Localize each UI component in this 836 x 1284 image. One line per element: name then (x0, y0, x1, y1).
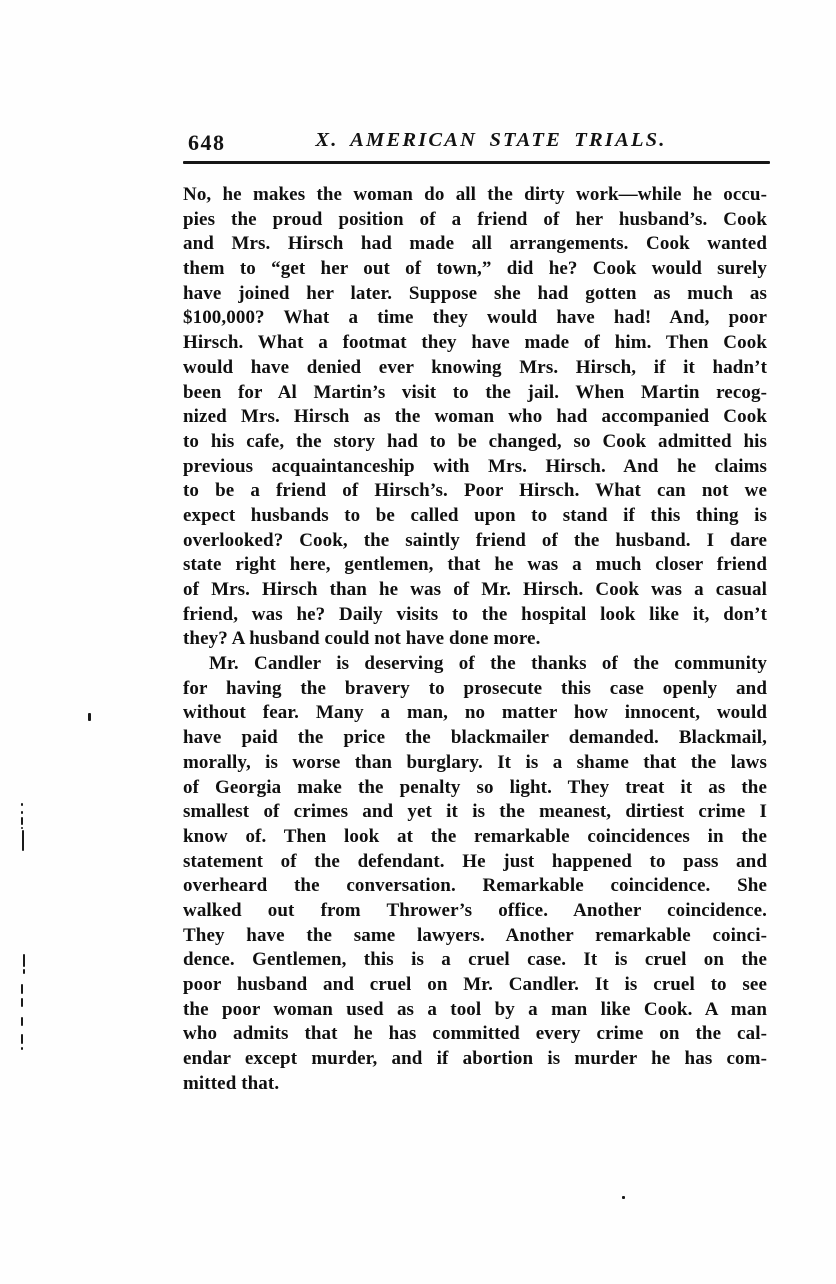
text-line: who admits that he has committed every c… (183, 1022, 767, 1047)
scanned-book-page: 648 X. AMERICAN STATE TRIALS. No, he mak… (0, 0, 836, 1284)
text-line: $100,000? What a time they would have ha… (183, 306, 767, 331)
text-line: they? A husband could not have done more… (183, 627, 767, 652)
text-line: without fear. Many a man, no matter how … (183, 701, 767, 726)
scan-speck (88, 713, 91, 721)
text-line: endar except murder, and if abortion is … (183, 1047, 767, 1072)
body-text: No, he makes the woman do all the dirty … (183, 183, 767, 1096)
running-title: X. AMERICAN STATE TRIALS. (183, 129, 769, 152)
text-line: for having the bravery to prosecute this… (183, 677, 767, 702)
scan-speck (23, 969, 25, 974)
text-line: the poor woman used as a tool by a man l… (183, 998, 767, 1023)
text-line: Hirsch. What a footmat they have made of… (183, 331, 767, 356)
text-line: overheard the conversation. Remarkable c… (183, 874, 767, 899)
scan-speck (622, 1196, 625, 1199)
text-line: mitted that. (183, 1072, 767, 1097)
scan-speck (23, 954, 25, 967)
scan-speck (21, 1017, 23, 1026)
text-line: statement of the defendant. He just happ… (183, 850, 767, 875)
text-line: pies the proud position of a friend of h… (183, 208, 767, 233)
scan-speck (21, 1047, 23, 1050)
text-line: overlooked? Cook, the saintly friend of … (183, 529, 767, 554)
text-line: poor husband and cruel on Mr. Candler. I… (183, 973, 767, 998)
text-line: know of. Then look at the remarkable coi… (183, 825, 767, 850)
text-line: state right here, gentlemen, that he was… (183, 553, 767, 578)
text-line: No, he makes the woman do all the dirty … (183, 183, 767, 208)
text-line: Mr. Candler is deserving of the thanks o… (183, 652, 767, 677)
text-line: They have the same lawyers. Another rema… (183, 924, 767, 949)
text-line: smallest of crimes and yet it is the mea… (183, 800, 767, 825)
text-line: of Georgia make the penalty so light. Th… (183, 776, 767, 801)
scan-speck (21, 803, 23, 806)
text-line: would have denied ever knowing Mrs. Hirs… (183, 356, 767, 381)
text-line: expect husbands to be called upon to sta… (183, 504, 767, 529)
text-line: nized Mrs. Hirsch as the woman who had a… (183, 405, 767, 430)
text-line: walked out from Thrower’s office. Anothe… (183, 899, 767, 924)
scan-speck (21, 998, 23, 1007)
text-line: of Mrs. Hirsch than he was of Mr. Hirsch… (183, 578, 767, 603)
scan-speck (21, 811, 23, 814)
scan-speck (22, 830, 24, 851)
text-line: have paid the price the blackmailer dema… (183, 726, 767, 751)
scan-speck (21, 827, 23, 829)
text-line: have joined her later. Suppose she had g… (183, 282, 767, 307)
text-line: to his cafe, the story had to be changed… (183, 430, 767, 455)
paragraph: Mr. Candler is deserving of the thanks o… (183, 652, 767, 1096)
text-line: previous acquaintanceship with Mrs. Hirs… (183, 455, 767, 480)
paragraph: No, he makes the woman do all the dirty … (183, 183, 767, 652)
text-line: morally, is worse than burglary. It is a… (183, 751, 767, 776)
text-line: and Mrs. Hirsch had made all arrangement… (183, 232, 767, 257)
scan-speck (21, 984, 23, 994)
header-rule (183, 161, 770, 164)
page-header: 648 X. AMERICAN STATE TRIALS. (183, 129, 769, 157)
text-line: been for Al Martin’s visit to the jail. … (183, 381, 767, 406)
text-line: dence. Gentlemen, this is a cruel case. … (183, 948, 767, 973)
scan-speck (21, 1034, 23, 1044)
text-line: them to “get her out of town,” did he? C… (183, 257, 767, 282)
page-number: 648 (188, 130, 226, 156)
text-line: to be a friend of Hirsch’s. Poor Hirsch.… (183, 479, 767, 504)
scan-speck (21, 817, 23, 825)
text-line: friend, was he? Daily visits to the hosp… (183, 603, 767, 628)
